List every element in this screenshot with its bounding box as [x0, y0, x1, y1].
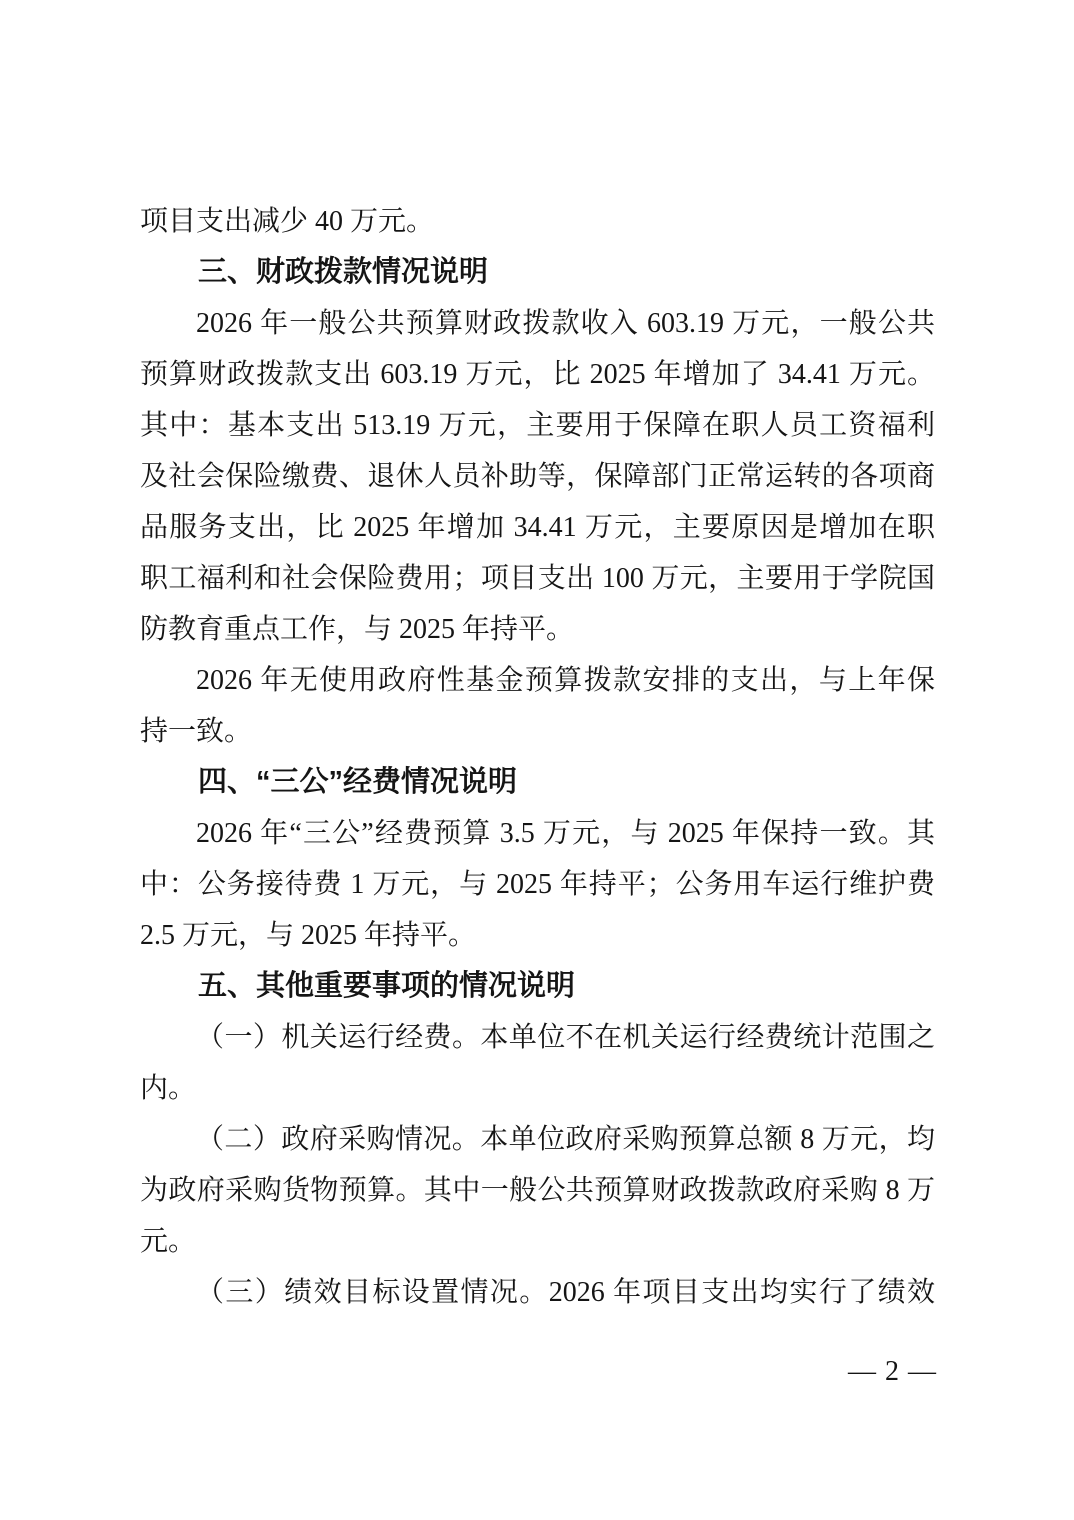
paragraph-line: 防教育重点工作，与 2025 年持平。 — [140, 604, 935, 655]
paragraph-line: 内。 — [140, 1063, 935, 1114]
document-body: 项目支出减少 40 万元。 三、财政拨款情况说明 2026 年一般公共预算财政拨… — [140, 196, 935, 1318]
paragraph-line: 为政府采购货物预算。其中一般公共预算财政拨款政府采购 8 万 — [140, 1165, 935, 1216]
paragraph-line: 及社会保险缴费、退休人员补助等，保障部门正常运转的各项商 — [140, 451, 935, 502]
paragraph-line: 2026 年“三公”经费预算 3.5 万元，与 2025 年保持一致。其 — [140, 808, 935, 859]
section-heading-fiscal: 三、财政拨款情况说明 — [140, 247, 935, 298]
paragraph-line: 其中：基本支出 513.19 万元，主要用于保障在职人员工资福利 — [140, 400, 935, 451]
paragraph-line: （二）政府采购情况。本单位政府采购预算总额 8 万元，均 — [140, 1114, 935, 1165]
paragraph-line: 2026 年无使用政府性基金预算拨款安排的支出，与上年保 — [140, 655, 935, 706]
paragraph-line: 品服务支出，比 2025 年增加 34.41 万元，主要原因是增加在职 — [140, 502, 935, 553]
paragraph-line: 中：公务接待费 1 万元，与 2025 年持平；公务用车运行维护费 — [140, 859, 935, 910]
section-heading-sangong: 四、“三公”经费情况说明 — [140, 757, 935, 808]
paragraph-line: 元。 — [140, 1216, 935, 1267]
paragraph-line: 2.5 万元，与 2025 年持平。 — [140, 910, 935, 961]
paragraph-line: 职工福利和社会保险费用；项目支出 100 万元，主要用于学院国 — [140, 553, 935, 604]
paragraph-line: （三）绩效目标设置情况。2026 年项目支出均实行了绩效 — [140, 1267, 935, 1318]
section-heading-other: 五、其他重要事项的情况说明 — [140, 961, 935, 1012]
paragraph-line: （一）机关运行经费。本单位不在机关运行经费统计范围之 — [140, 1012, 935, 1063]
paragraph-line: 项目支出减少 40 万元。 — [140, 196, 935, 247]
paragraph-line: 预算财政拨款支出 603.19 万元，比 2025 年增加了 34.41 万元。 — [140, 349, 935, 400]
paragraph-line: 2026 年一般公共预算财政拨款收入 603.19 万元，一般公共 — [140, 298, 935, 349]
paragraph-line: 持一致。 — [140, 706, 935, 757]
document-page: 项目支出减少 40 万元。 三、财政拨款情况说明 2026 年一般公共预算财政拨… — [0, 0, 1074, 1520]
page-number: — 2 — — [848, 1346, 937, 1397]
